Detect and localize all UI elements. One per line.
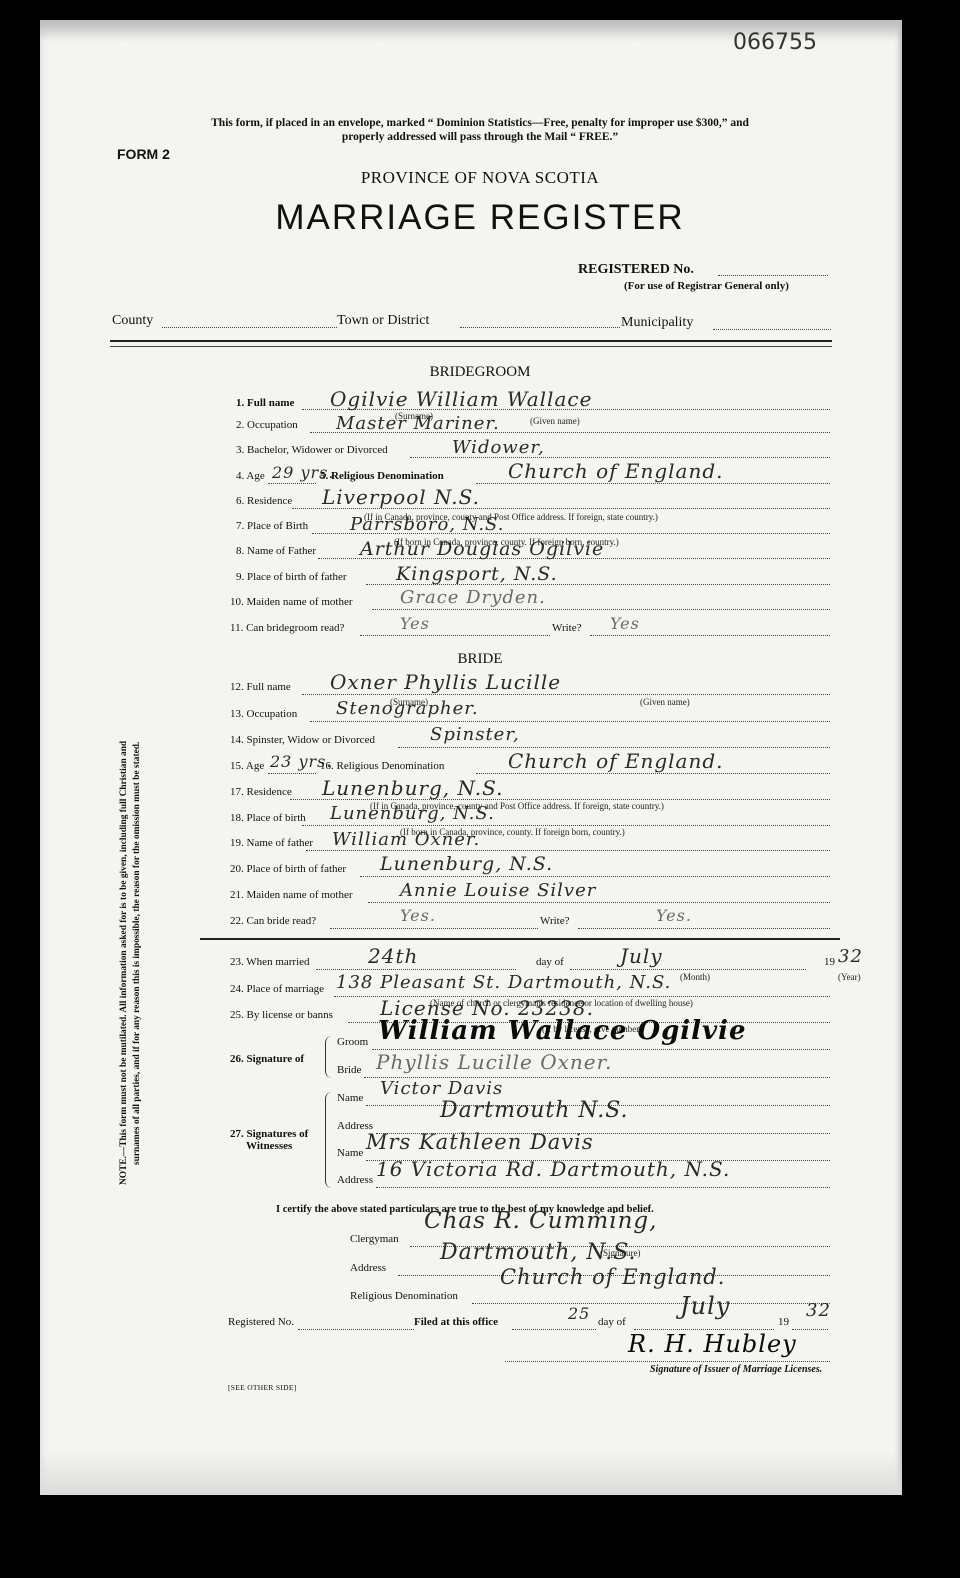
bride-birthplace-line (302, 825, 830, 826)
form-number: FORM 2 (117, 146, 170, 162)
witness1-name-label: Name (337, 1092, 363, 1104)
groom-age-label: 4. Age (236, 470, 265, 482)
groom-religion-line (476, 483, 830, 484)
header-divider (110, 340, 832, 347)
bride-full-name-label: 12. Full name (230, 681, 291, 693)
bride-full-name-line (302, 694, 830, 695)
witness2-name-label: Name (337, 1147, 363, 1159)
county-field[interactable] (162, 327, 337, 328)
filing-registered-no-line[interactable] (298, 1329, 414, 1330)
issuer-label: Signature of Issuer of Marriage Licenses… (650, 1364, 822, 1375)
mail-notice-line1: This form, if placed in an envelope, mar… (0, 117, 960, 129)
when-married-label: 23. When married (230, 956, 310, 968)
groom-residence-label: 6. Residence (236, 495, 292, 507)
side-note-line2: surnames of all parties, and if for any … (131, 741, 144, 1185)
issuer-signature-line (505, 1361, 830, 1362)
groom-religion-label: 5. Religious Denomination (320, 470, 444, 482)
bride-write-value[interactable]: Yes. (656, 906, 692, 925)
groom-marital-value[interactable]: Widower, (452, 437, 545, 458)
bride-father-value[interactable]: William Oxner. (332, 829, 480, 850)
groom-father-birthplace-label: 9. Place of birth of father (236, 571, 347, 583)
filing-registered-no-label: Registered No. (228, 1316, 294, 1328)
groom-father-label: 8. Name of Father (236, 545, 316, 557)
when-married-year[interactable]: 32 (838, 946, 863, 967)
marriage-register-page (40, 20, 902, 1495)
bride-father-line (306, 850, 830, 851)
groom-birthplace-value[interactable]: Parrsboro, N.S. (350, 514, 504, 535)
groom-father-birthplace-value[interactable]: Kingsport, N.S. (396, 563, 558, 585)
witness2-name[interactable]: Mrs Kathleen Davis (366, 1130, 594, 1154)
bride-read-line (330, 928, 538, 929)
groom-full-name-label: 1. Full name (236, 397, 294, 409)
when-married-day[interactable]: 24th (368, 944, 418, 968)
witness2-address[interactable]: 16 Victoria Rd. Dartmouth, N.S. (376, 1157, 730, 1181)
town-field[interactable] (460, 327, 620, 328)
groom-father-value[interactable]: Arthur Douglas Ogilvie (360, 538, 604, 560)
municipality-field[interactable] (713, 329, 831, 330)
bride-read-label: 22. Can bride read? (230, 915, 316, 927)
side-note-line1: NOTE.—This form must not be mutilated. A… (118, 741, 131, 1185)
clergyman-denomination[interactable]: Church of England. (500, 1265, 725, 1289)
filed-year[interactable]: 32 (806, 1300, 831, 1321)
bride-occupation-value[interactable]: Stenographer. (336, 698, 479, 719)
filed-year-prefix: 19 (778, 1316, 789, 1328)
witnesses-label: 27. Signatures of Witnesses (230, 1128, 308, 1152)
bride-father-birthplace-line (360, 876, 830, 877)
bride-religion-line (476, 773, 830, 774)
signature-brace (325, 1036, 332, 1078)
groom-read-value[interactable]: Yes (400, 614, 430, 633)
mail-notice-line2: properly addressed will pass through the… (0, 131, 960, 143)
groom-full-name-value[interactable]: Ogilvie William Wallace (330, 387, 592, 411)
signature-of-label: 26. Signature of (230, 1053, 304, 1065)
groom-read-line (360, 635, 550, 636)
bride-mother-line (368, 902, 830, 903)
place-of-marriage-value[interactable]: 138 Pleasant St. Dartmouth, N.S. (336, 972, 671, 993)
when-married-day-line (316, 969, 516, 970)
groom-given-name-note: (Given name) (530, 416, 580, 426)
clergyman-denomination-label: Religious Denomination (350, 1290, 458, 1302)
bride-father-birthplace-label: 20. Place of birth of father (230, 863, 346, 875)
groom-occupation-label: 2. Occupation (236, 419, 298, 431)
page-title: MARRIAGE REGISTER (0, 198, 960, 238)
bride-heading: BRIDE (0, 651, 960, 668)
marriage-divider (200, 938, 840, 940)
filed-day-of-label: day of (598, 1316, 626, 1328)
bride-write-label: Write? (540, 915, 569, 927)
bride-father-label: 19. Name of father (230, 837, 313, 849)
groom-write-value[interactable]: Yes (610, 614, 640, 633)
bride-religion-label: 16. Religious Denomination (320, 760, 444, 772)
bride-mother-value[interactable]: Annie Louise Silver (400, 880, 596, 901)
clergyman-label: Clergyman (350, 1233, 399, 1245)
serial-number: 066755 (733, 30, 817, 55)
bride-occupation-line (310, 721, 830, 722)
bride-age-line (268, 773, 316, 774)
clergyman-signature[interactable]: Chas R. Cumming, (424, 1208, 657, 1234)
bride-religion-value[interactable]: Church of England. (508, 749, 724, 773)
bride-birthplace-label: 18. Place of birth (230, 812, 306, 824)
bride-age-label: 15. Age (230, 760, 264, 772)
groom-write-line (590, 635, 830, 636)
county-label: County (112, 313, 153, 329)
bride-father-birthplace-value[interactable]: Lunenburg, N.S. (380, 853, 553, 875)
bridegroom-heading: BRIDEGROOM (0, 364, 960, 381)
see-other-side-note: [SEE OTHER SIDE] (228, 1383, 297, 1392)
bride-residence-value[interactable]: Lunenburg, N.S. (322, 776, 503, 800)
bride-signature-label: Bride (337, 1064, 361, 1076)
filed-day-line (512, 1329, 596, 1330)
bride-residence-label: 17. Residence (230, 786, 292, 798)
year-note: (Year) (838, 972, 861, 982)
groom-religion-value[interactable]: Church of England. (508, 459, 724, 483)
groom-age-line (268, 483, 316, 484)
witness1-address[interactable]: Dartmouth N.S. (440, 1098, 629, 1123)
clergyman-address[interactable]: Dartmouth, N.S. (440, 1240, 637, 1265)
license-label: 25. By license or banns (230, 1009, 333, 1021)
issuer-signature[interactable]: R. H. Hubley (628, 1330, 797, 1358)
registered-no-field[interactable] (718, 275, 828, 276)
bride-given-name-note: (Given name) (640, 697, 690, 707)
bride-birthplace-value[interactable]: Lunenburg, N.S. (330, 803, 495, 824)
filed-year-line (792, 1329, 828, 1330)
bride-read-value[interactable]: Yes. (400, 906, 436, 925)
bride-full-name-value[interactable]: Oxner Phyllis Lucille (330, 670, 561, 694)
clergyman-denomination-line (472, 1303, 830, 1304)
groom-write-label: Write? (552, 622, 581, 634)
groom-mother-line (372, 609, 830, 610)
when-married-month[interactable]: July (620, 944, 663, 968)
groom-mother-label: 10. Maiden name of mother (230, 596, 353, 608)
groom-mother-value[interactable]: Grace Dryden. (400, 587, 546, 608)
bride-marital-label: 14. Spinster, Widow or Divorced (230, 734, 375, 746)
province-heading: PROVINCE OF NOVA SCOTIA (0, 168, 960, 188)
year-prefix: 19 (824, 956, 835, 968)
witness2-address-label: Address (337, 1174, 373, 1186)
municipality-label: Municipality (621, 315, 693, 331)
filed-day[interactable]: 25 (568, 1304, 590, 1323)
witness2-address-line (376, 1187, 830, 1188)
day-of-label: day of (536, 956, 564, 968)
groom-residence-value[interactable]: Liverpool N.S. (322, 485, 480, 509)
registered-no-label: REGISTERED No. (578, 262, 694, 278)
groom-read-label: 11. Can bridegroom read? (230, 622, 344, 634)
bride-occupation-label: 13. Occupation (230, 708, 297, 720)
groom-signature-label: Groom (337, 1036, 368, 1048)
groom-birthplace-label: 7. Place of Birth (236, 520, 308, 532)
groom-marital-label: 3. Bachelor, Widower or Divorced (236, 444, 388, 456)
groom-occupation-value[interactable]: Master Mariner. (336, 413, 500, 434)
month-note: (Month) (680, 972, 710, 982)
groom-signature[interactable]: William Wallace Ogilvie (378, 1016, 747, 1046)
filed-label: Filed at this office (414, 1316, 498, 1328)
side-note: NOTE.—This form must not be mutilated. A… (118, 741, 144, 1185)
place-of-marriage-label: 24. Place of marriage (230, 983, 324, 995)
clergyman-address-label: Address (350, 1262, 386, 1274)
filed-month[interactable]: July (680, 1292, 730, 1320)
bride-write-line (578, 928, 830, 929)
witnesses-brace (325, 1092, 332, 1188)
registered-no-note: (For use of Registrar General only) (624, 280, 789, 292)
bride-signature[interactable]: Phyllis Lucille Oxner. (376, 1050, 612, 1074)
bride-mother-label: 21. Maiden name of mother (230, 889, 353, 901)
bride-marital-line (398, 747, 830, 748)
when-married-month-line (570, 969, 806, 970)
town-label: Town or District (337, 313, 429, 329)
bride-marital-value[interactable]: Spinster, (430, 724, 520, 745)
witness1-name[interactable]: Victor Davis (380, 1078, 503, 1099)
